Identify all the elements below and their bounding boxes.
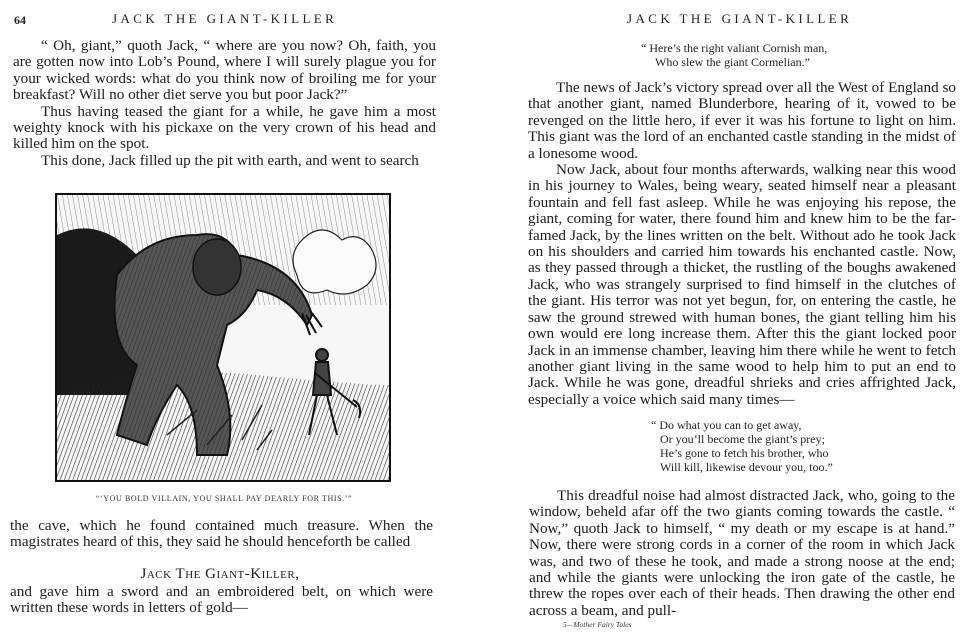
running-head: JACK THE GIANT-KILLER <box>627 11 852 27</box>
signature-footer: 5—Mother Fairy Tales <box>563 620 631 629</box>
paragraph: the cave, which he found contained much … <box>10 518 433 551</box>
illustration-caption: “‘YOU BOLD VILLAIN, YOU SHALL PAY DEARLY… <box>56 494 392 503</box>
verse-line: Will kill, likewise devour you, too.” <box>651 460 833 474</box>
verse-warning: “ Do what you can to get away, Or you’ll… <box>651 418 833 474</box>
paragraph: This dreadful noise had almost distracte… <box>529 488 955 619</box>
paragraph: Now Jack, about four months afterwards, … <box>528 162 956 408</box>
illustration-giant-and-jack <box>55 193 391 482</box>
paragraph: This done, Jack filled up the pit with e… <box>13 153 436 169</box>
paragraph: The news of Jack’s victory spread over a… <box>528 80 956 162</box>
body-text-final: and gave him a sword and an embroidered … <box>10 584 433 617</box>
verse-line: “ Here’s the right valiant Cornish man, <box>641 41 827 55</box>
body-text-middle: The news of Jack’s victory spread over a… <box>528 80 956 408</box>
verse-line: “ Do what you can to get away, <box>651 418 833 432</box>
verse-line: He’s gone to fetch his brother, who <box>651 446 833 460</box>
running-head: JACK THE GIANT-KILLER <box>112 11 337 27</box>
title-line: Jack The Giant-Killer, <box>0 566 440 583</box>
body-text-after-illustration: the cave, which he found contained much … <box>10 518 433 551</box>
left-page: 64 JACK THE GIANT-KILLER “ Oh, giant,” q… <box>0 0 483 641</box>
paragraph: “ Oh, giant,” quoth Jack, “ where are yo… <box>13 38 436 104</box>
paragraph: and gave him a sword and an embroidered … <box>10 584 433 617</box>
engraving-icon <box>57 195 389 480</box>
verse-belt-inscription: “ Here’s the right valiant Cornish man, … <box>641 41 827 69</box>
right-page: JACK THE GIANT-KILLER 65 “ Here’s the ri… <box>483 0 966 641</box>
verse-line: Or you’ll become the giant’s prey; <box>651 432 833 446</box>
paragraph: Thus having teased the giant for a while… <box>13 104 436 153</box>
body-text-bottom: This dreadful noise had almost distracte… <box>529 488 955 619</box>
page-number: 64 <box>14 13 26 28</box>
body-text-top: “ Oh, giant,” quoth Jack, “ where are yo… <box>13 38 436 169</box>
verse-line: Who slew the giant Cormelian.” <box>641 55 827 69</box>
